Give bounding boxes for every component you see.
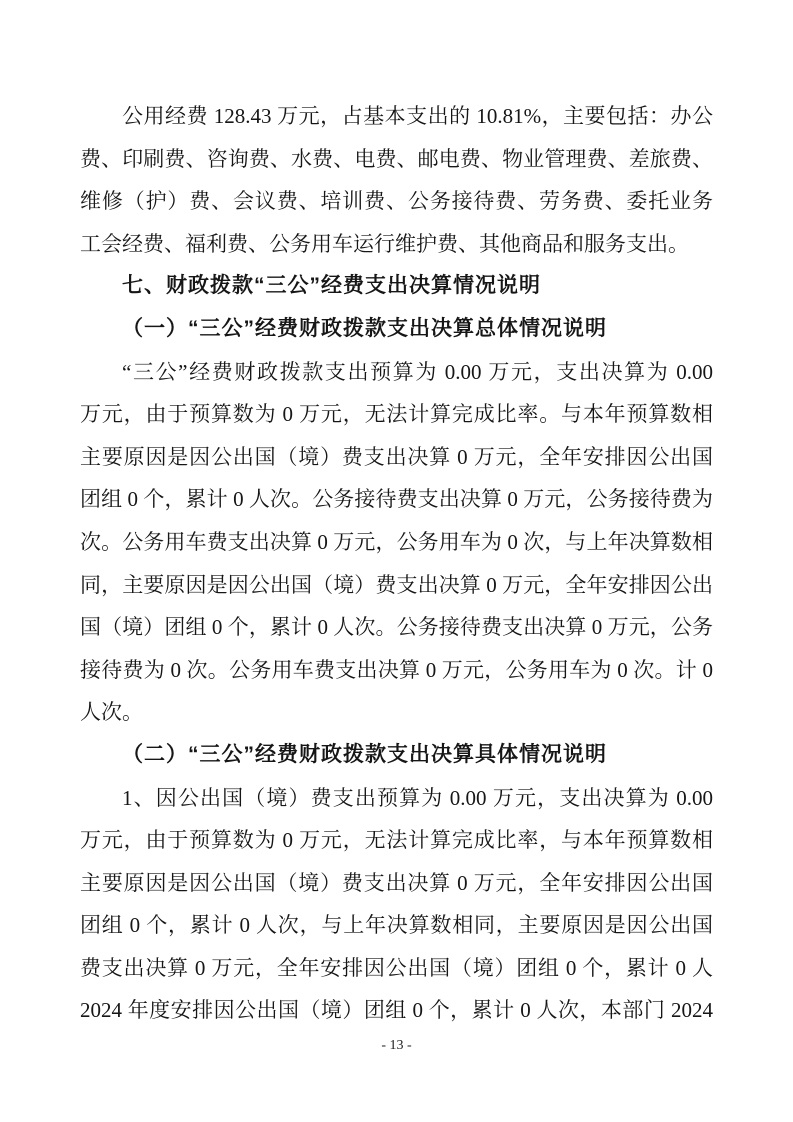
- text-line: 1、因公出国（境）费支出预算为 0.00 万元，支出决算为 0.00: [80, 777, 713, 820]
- text-line: 主要原因是因公出国（境）费支出决算 0 万元，全年安排因公出国（境）: [80, 862, 713, 905]
- text-line: 2024 年度安排因公出国（境）团组 0 个，累计 0 人次，本部门 2024: [80, 989, 713, 1032]
- text-line: 同，主要原因是因公出国（境）费支出决算 0 万元，全年安排因公出: [80, 564, 713, 607]
- text-line: 万元，由于预算数为 0 万元，无法计算完成比率。与本年预算数相同，: [80, 393, 713, 436]
- text-line: 费支出决算 0 万元，全年安排因公出国（境）团组 0 个，累计 0 人次。: [80, 947, 713, 990]
- text-line: 费、印刷费、咨询费、水费、电费、邮电费、物业管理费、差旅费、: [80, 138, 713, 181]
- text-line: “三公”经费财政拨款支出预算为 0.00 万元，支出决算为 0.00: [80, 351, 713, 394]
- text-line: 次。公务用车费支出决算 0 万元，公务用车为 0 次，与上年决算数相: [80, 521, 713, 564]
- document-page: 公用经费 128.43 万元，占基本支出的 10.81%，主要包括：办公费、印刷…: [0, 0, 793, 1122]
- page-number: - 13 -: [381, 1038, 411, 1053]
- document-body: 公用经费 128.43 万元，占基本支出的 10.81%，主要包括：办公费、印刷…: [80, 95, 713, 1032]
- text-line: 团组 0 个，累计 0 人次。公务接待费支出决算 0 万元，公务接待费为 0: [80, 478, 713, 521]
- text-line: 接待费为 0 次。公务用车费支出决算 0 万元，公务用车为 0 次。计 0: [80, 649, 713, 692]
- text-line: 国（境）团组 0 个，累计 0 人次。公务接待费支出决算 0 万元，公务: [80, 606, 713, 649]
- page-footer: - 13 -: [0, 1036, 793, 1056]
- text-line: 团组 0 个，累计 0 人次，与上年决算数相同，主要原因是因公出国（境）: [80, 904, 713, 947]
- text-line: 万元，由于预算数为 0 万元，无法计算完成比率，与本年预算数相同，: [80, 819, 713, 862]
- text-line: 主要原因是因公出国（境）费支出决算 0 万元，全年安排因公出国（境）: [80, 436, 713, 479]
- text-line: 人次。: [80, 691, 713, 734]
- section-heading: 七、财政拨款“三公”经费支出决算情况说明: [80, 265, 713, 308]
- text-line: 公用经费 128.43 万元，占基本支出的 10.81%，主要包括：办公: [80, 95, 713, 138]
- section-heading: （二）“三公”经费财政拨款支出决算具体情况说明: [80, 734, 713, 777]
- section-heading: （一）“三公”经费财政拨款支出决算总体情况说明: [80, 308, 713, 351]
- text-line: 工会经费、福利费、公务用车运行维护费、其他商品和服务支出。: [80, 223, 713, 266]
- text-line: 维修（护）费、会议费、培训费、公务接待费、劳务费、委托业务费、: [80, 180, 713, 223]
